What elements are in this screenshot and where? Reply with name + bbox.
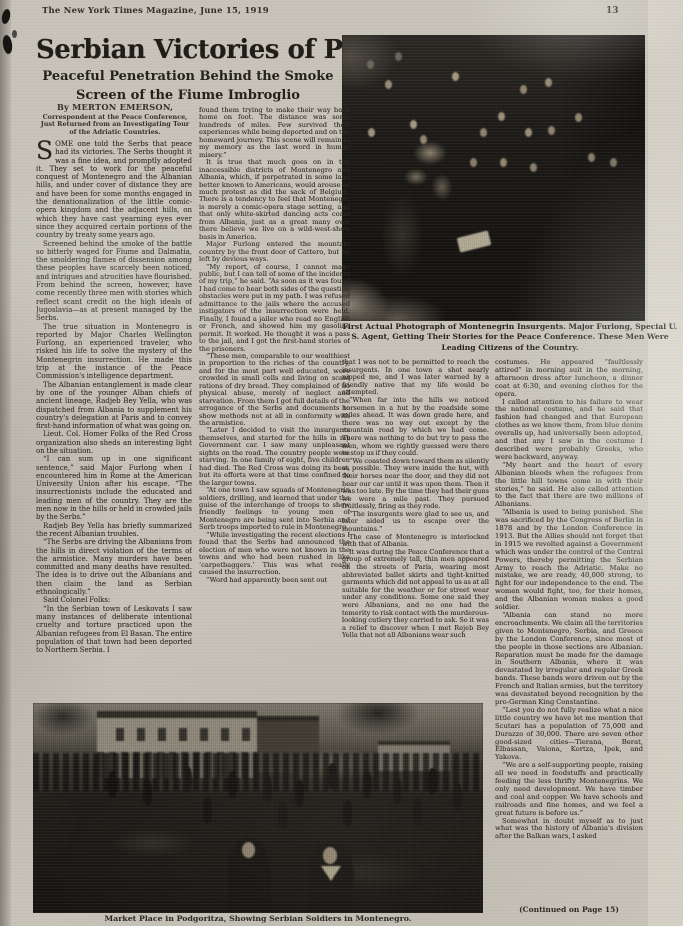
paragraph: “The insurgents were glad to see us, and… (342, 511, 489, 534)
scan-edge-artifact (0, 0, 11, 926)
article-title: Serbian Victories of Peace (36, 35, 340, 65)
paragraph: Lieut. Col. Homer Folks of the Red Cross… (36, 430, 192, 455)
byline-credit: Correspondent at the Peace Conference, J… (40, 114, 190, 136)
paragraph: “We are a self-supporting people, raisin… (495, 762, 643, 817)
paragraph: “Albania can stand no more encroachments… (495, 612, 643, 707)
masthead: The New York Times Magazine, June 15, 19… (42, 6, 269, 16)
article-column-1: SOME one told the Serbs that peace had i… (36, 140, 192, 696)
crowd-faces (368, 128, 375, 137)
paragraph: The true situation in Montenegro is repo… (36, 323, 192, 381)
article-column-2: found them trying to make their way back… (199, 107, 350, 696)
standing-figures (108, 771, 117, 798)
magazine-page: The New York Times Magazine, June 15, 19… (0, 0, 683, 926)
face (242, 842, 255, 858)
paragraph: “Albania is used to being punished. She … (495, 509, 643, 612)
ink-smudge (12, 30, 17, 38)
article-subtitle: Peaceful Penetration Behind the Smoke Sc… (36, 67, 340, 105)
byline-author: By MERTON EMERSON, (36, 102, 194, 112)
light-collar (321, 866, 341, 881)
paragraph: “The Serbs are driving the Albanians fro… (36, 538, 192, 596)
paragraph: Major Furlong entered the mountain count… (199, 241, 350, 263)
photo-top-caption: First Actual Photograph of Montenegrin I… (342, 322, 678, 353)
paragraph: “Lest you do not fully realize what a ni… (495, 707, 643, 762)
paragraph: Radjeb Bey Yella has briefly summarized … (36, 522, 192, 539)
photo-market-place (33, 703, 483, 913)
scan-edge-artifact (648, 0, 683, 926)
paragraph: It was during the Peace Conference that … (342, 549, 489, 640)
foreground-figure (228, 838, 270, 913)
paragraph: Said Colonel Folks: (36, 596, 192, 604)
page-number: 13 (606, 6, 619, 16)
photo-montenegrin-insurgents (342, 35, 645, 321)
paragraph: Somewhat in doubt myself as to just what… (495, 818, 643, 842)
paragraph: “My heart and the heart of every Albania… (495, 462, 643, 509)
paragraph: “We coasted down toward them as silently… (342, 458, 489, 511)
paragraph: “My report, of course, I cannot make pub… (199, 264, 350, 353)
paragraph: “Word had apparently been sent out (199, 577, 350, 584)
paragraph: I called attention to his failure to wea… (495, 399, 643, 462)
column-paragraphs: Screened behind the smoke of the battle … (36, 240, 192, 655)
paragraph: The case of Montenegro is interlocked wi… (342, 534, 489, 549)
article-column-3: that I was not to be permitted to reach … (342, 359, 489, 697)
photo-bottom-caption: Market Place in Podgoritza, Showing Serb… (33, 914, 483, 923)
continued-note: (Continued on Page 15) (495, 905, 643, 914)
paragraph: “These men, comparable to our wealthiest… (199, 353, 350, 428)
crowd-band (33, 753, 483, 791)
paragraph: It is true that much goes on in the inac… (199, 159, 350, 241)
paragraph-text: OME one told the Serbs that peace had it… (36, 140, 192, 239)
byline: By MERTON EMERSON, Correspondent at the … (36, 102, 194, 136)
paragraph: SOME one told the Serbs that peace had i… (36, 140, 192, 240)
paragraph: “I can sum up in one significant sentenc… (36, 455, 192, 521)
photo-background (342, 35, 645, 321)
article-column-4: costumes. He appeared “faultlessly attir… (495, 359, 643, 904)
face (323, 847, 337, 864)
drop-cap: S (36, 140, 55, 162)
paragraph: “When far into the hills we noticed hors… (342, 397, 489, 458)
paragraph: “At one town I saw squads of Montenegrin… (199, 487, 350, 532)
foreground-figure (308, 843, 354, 913)
paragraph: costumes. He appeared “faultlessly attir… (495, 359, 643, 399)
paragraph: “While investigating the recent election… (199, 532, 350, 577)
paragraph: “In the Serbian town of Leskovats I saw … (36, 605, 192, 655)
paragraph: Screened behind the smoke of the battle … (36, 240, 192, 323)
paragraph: The Albanian entanglement is made clear … (36, 381, 192, 431)
paragraph: that I was not to be permitted to reach … (342, 359, 489, 397)
paragraph: “Later I decided to visit the insurgents… (199, 427, 350, 487)
paragraph: found them trying to make their way back… (199, 107, 350, 159)
